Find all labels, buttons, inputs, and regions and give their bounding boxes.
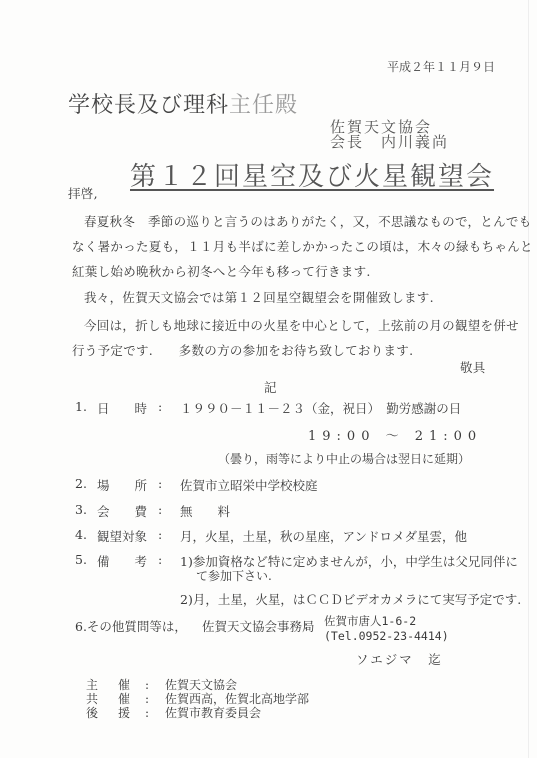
paragraph-line: 行う予定です. 多数の方の参加をお待ち致しております. bbox=[72, 341, 413, 359]
item-label: 備 考 bbox=[97, 552, 157, 570]
greeting: 拝啓, bbox=[68, 184, 98, 202]
item-colon: : bbox=[158, 527, 162, 542]
sponsor-label: 援 bbox=[118, 706, 130, 720]
closing: 敬具 bbox=[460, 358, 486, 376]
inquiry-address: 佐賀市唐人1-6-2 bbox=[324, 614, 449, 629]
sender-block: 佐賀天文協会 会長 内川義尚 bbox=[330, 120, 449, 150]
sponsor-value: 佐賀天文協会 bbox=[165, 678, 237, 692]
document-title: 第１２回星空及び火星観望会 bbox=[130, 156, 494, 193]
sponsor-colon: : bbox=[145, 706, 149, 720]
item-label: 観望対象 bbox=[97, 527, 157, 545]
inquiry-office: 佐賀天文協会事務局 bbox=[202, 617, 315, 635]
addressee-faint: 主任殿 bbox=[229, 93, 298, 118]
item-number: 1. bbox=[75, 399, 87, 414]
paragraph-line: 紅葉し始め晩秋から初冬へと今年も移って行きます. bbox=[72, 262, 371, 280]
inquiry-address-block: 佐賀市唐人1-6-2 (Tel.0952-23-4414) bbox=[324, 614, 449, 644]
item-number: 3. bbox=[75, 502, 87, 517]
paragraph-line: なく暑かった夏も，１１月も半ばに差しかかったこの頃は，木々の緑もちゃんと bbox=[72, 237, 533, 255]
item-number: 5. bbox=[75, 552, 87, 567]
item-label: 日 時 bbox=[97, 399, 157, 417]
sponsor-colon: : bbox=[145, 692, 149, 706]
paragraph-line: 我々，佐賀天文協会では第１２回星空観望会を開催致します. bbox=[84, 288, 434, 306]
sponsor-label: 催 bbox=[118, 678, 130, 692]
item-value: 月，火星，土星，秋の星座，アンドロメダ星雲，他 bbox=[180, 527, 467, 545]
inquiry-tel: (Tel.0952-23-4414) bbox=[324, 629, 449, 644]
document-date: 平成２年１１月９日 bbox=[387, 58, 495, 75]
paragraph-line: 春夏秋冬 季節の巡りと言うのはありがたく，又，不思議なもので，とんでも bbox=[84, 212, 532, 230]
item-number: 2. bbox=[75, 476, 87, 491]
ki-heading: 記 bbox=[264, 378, 277, 396]
sponsor-value: 佐賀西高，佐賀北高地学部 bbox=[165, 692, 309, 706]
sponsor-label: 主 bbox=[86, 678, 98, 692]
sponsor-label: 催 bbox=[118, 692, 130, 706]
item-value: 無 料 bbox=[180, 502, 230, 520]
item-colon: : bbox=[158, 476, 162, 491]
inquiry-label: 6.その他質問等は， bbox=[75, 617, 187, 635]
rain-note: （曇り，雨等により中止の場合は翌日に延期） bbox=[218, 450, 470, 467]
sponsor-value: 佐賀市教育委員会 bbox=[165, 706, 261, 720]
item-value: 佐賀市立昭栄中学校校庭 bbox=[180, 476, 318, 494]
sender-title-name: 会長 内川義尚 bbox=[330, 135, 449, 150]
page-edge bbox=[528, 0, 529, 758]
note1-continuation: て参加下さい. bbox=[180, 567, 272, 584]
addressee: 学校長及び理科主任殿 bbox=[68, 88, 298, 119]
sponsor-colon: : bbox=[145, 678, 149, 692]
item-value: １９９０－１１－２３（金，祝日） 勤労感謝の日 bbox=[180, 399, 461, 417]
item-colon: : bbox=[158, 502, 162, 517]
signer: ソエジマ 迄 bbox=[356, 650, 443, 668]
inquiry-colon: : bbox=[304, 617, 308, 632]
addressee-main: 学校長及び理科 bbox=[68, 93, 229, 118]
item-label: 会 費 bbox=[97, 502, 157, 520]
sponsor-label: 共 bbox=[86, 692, 98, 706]
paragraph-line: 今回は，折しも地球に接近中の火星を中心として，上弦前の月の観望を併せ bbox=[84, 316, 519, 334]
item-number: 4. bbox=[75, 527, 87, 542]
item-label: 場 所 bbox=[97, 476, 157, 494]
item-colon: : bbox=[158, 552, 162, 567]
sponsor-label: 後 bbox=[86, 706, 98, 720]
item-colon: : bbox=[158, 399, 162, 414]
note2: 2)月，土星，火星，はＣＣＤビデオカメラにて実写予定です. bbox=[180, 590, 521, 608]
time-range: 19:00 ～ 21:00 bbox=[308, 425, 482, 444]
